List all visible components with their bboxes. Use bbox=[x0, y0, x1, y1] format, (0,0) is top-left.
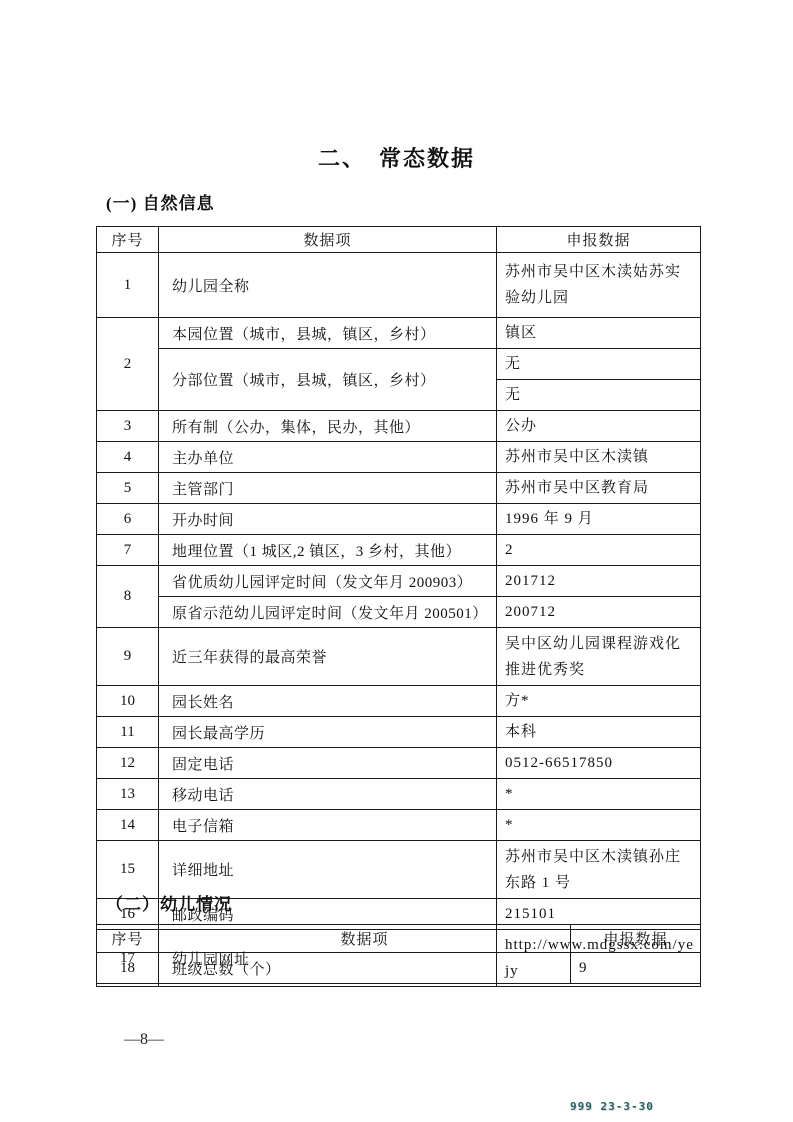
header-reported-data: 申报数据 bbox=[571, 925, 701, 953]
item-cell: 园长姓名 bbox=[159, 686, 497, 717]
seq-cell: 6 bbox=[97, 504, 159, 535]
seq-cell: 3 bbox=[97, 411, 159, 442]
table-header-row: 序号 数据项 申报数据 bbox=[97, 227, 701, 253]
value-cell: * bbox=[497, 779, 701, 810]
table-row: 12 固定电话 0512-66517850 bbox=[97, 748, 701, 779]
item-cell: 本园位置（城市，县城，镇区，乡村） bbox=[159, 318, 497, 349]
seq-cell: 4 bbox=[97, 442, 159, 473]
item-cell: 移动电话 bbox=[159, 779, 497, 810]
table-row: 4 主办单位 苏州市吴中区木渎镇 bbox=[97, 442, 701, 473]
table-row: 分部位置（城市，县城，镇区，乡村） 无 bbox=[97, 349, 701, 380]
item-cell: 开办时间 bbox=[159, 504, 497, 535]
table-row: 13 移动电话 * bbox=[97, 779, 701, 810]
value-cell: 本科 bbox=[497, 717, 701, 748]
value-cell: 苏州市吴中区木渎镇孙庄东路 1 号 bbox=[497, 841, 701, 899]
value-cell: 苏州市吴中区教育局 bbox=[497, 473, 701, 504]
item-cell: 园长最高学历 bbox=[159, 717, 497, 748]
value-cell: 0512-66517850 bbox=[497, 748, 701, 779]
section-heading-children-info: （二）幼儿情况 bbox=[106, 890, 232, 915]
header-seq: 序号 bbox=[97, 227, 159, 253]
document-page: 二、 常态数据 (一) 自然信息 序号 数据项 申报数据 1 幼儿园全称 苏州市… bbox=[0, 0, 793, 1122]
seq-cell: 12 bbox=[97, 748, 159, 779]
item-cell: 原省示范幼儿园评定时间（发文年月 200501） bbox=[159, 597, 497, 628]
item-cell: 班级总数（个） bbox=[159, 953, 571, 984]
value-cell: 无 bbox=[497, 380, 701, 411]
item-cell: 近三年获得的最高荣誉 bbox=[159, 628, 497, 686]
seq-cell: 5 bbox=[97, 473, 159, 504]
value-cell: 2 bbox=[497, 535, 701, 566]
table-row: 6 开办时间 1996 年 9 月 bbox=[97, 504, 701, 535]
item-cell: 主管部门 bbox=[159, 473, 497, 504]
seq-cell: 9 bbox=[97, 628, 159, 686]
seq-cell: 13 bbox=[97, 779, 159, 810]
header-seq: 序号 bbox=[97, 925, 159, 953]
seq-cell: 14 bbox=[97, 810, 159, 841]
page-title: 二、 常态数据 bbox=[0, 142, 793, 173]
value-cell: * bbox=[497, 810, 701, 841]
item-cell: 省优质幼儿园评定时间（发文年月 200903） bbox=[159, 566, 497, 597]
children-info-table: 序号 数据项 申报数据 18 班级总数（个） 9 bbox=[96, 924, 701, 984]
value-cell: 方* bbox=[497, 686, 701, 717]
value-cell: 公办 bbox=[497, 411, 701, 442]
table-row: 2 本园位置（城市，县城，镇区，乡村） 镇区 bbox=[97, 318, 701, 349]
value-cell: 无 bbox=[497, 349, 701, 380]
table-row: 18 班级总数（个） 9 bbox=[97, 953, 701, 984]
table-row: 5 主管部门 苏州市吴中区教育局 bbox=[97, 473, 701, 504]
natural-info-table: 序号 数据项 申报数据 1 幼儿园全称 苏州市吴中区木渎姑苏实验幼儿园 2 本园… bbox=[96, 226, 701, 987]
item-cell: 所有制（公办，集体，民办，其他） bbox=[159, 411, 497, 442]
table-row: 8 省优质幼儿园评定时间（发文年月 200903） 201712 bbox=[97, 566, 701, 597]
header-data-item: 数据项 bbox=[159, 227, 497, 253]
header-data-item: 数据项 bbox=[159, 925, 571, 953]
value-cell: 镇区 bbox=[497, 318, 701, 349]
table-row: 10 园长姓名 方* bbox=[97, 686, 701, 717]
table-row: 7 地理位置（1 城区,2 镇区，3 乡村，其他） 2 bbox=[97, 535, 701, 566]
table-row: 9 近三年获得的最高荣誉 吴中区幼儿园课程游戏化推进优秀奖 bbox=[97, 628, 701, 686]
seq-cell: 10 bbox=[97, 686, 159, 717]
value-cell: 201712 bbox=[497, 566, 701, 597]
item-cell: 幼儿园全称 bbox=[159, 253, 497, 318]
value-cell: 吴中区幼儿园课程游戏化推进优秀奖 bbox=[497, 628, 701, 686]
header-reported-data: 申报数据 bbox=[497, 227, 701, 253]
seq-cell: 7 bbox=[97, 535, 159, 566]
page-number: —8— bbox=[124, 1031, 164, 1049]
table-row: 11 园长最高学历 本科 bbox=[97, 717, 701, 748]
section-heading-natural-info: (一) 自然信息 bbox=[106, 189, 215, 214]
value-cell: 1996 年 9 月 bbox=[497, 504, 701, 535]
table-row: 14 电子信箱 * bbox=[97, 810, 701, 841]
value-cell: 苏州市吴中区木渎姑苏实验幼儿园 bbox=[497, 253, 701, 318]
table-header-row: 序号 数据项 申报数据 bbox=[97, 925, 701, 953]
item-cell: 分部位置（城市，县城，镇区，乡村） bbox=[159, 349, 497, 411]
value-cell: 苏州市吴中区木渎镇 bbox=[497, 442, 701, 473]
seq-cell: 1 bbox=[97, 253, 159, 318]
seq-cell: 2 bbox=[97, 318, 159, 411]
item-cell: 固定电话 bbox=[159, 748, 497, 779]
seq-cell: 11 bbox=[97, 717, 159, 748]
date-stamp: 999 23-3-30 bbox=[570, 1100, 654, 1113]
item-cell: 地理位置（1 城区,2 镇区，3 乡村，其他） bbox=[159, 535, 497, 566]
item-cell: 电子信箱 bbox=[159, 810, 497, 841]
table-row: 1 幼儿园全称 苏州市吴中区木渎姑苏实验幼儿园 bbox=[97, 253, 701, 318]
table-row: 3 所有制（公办，集体，民办，其他） 公办 bbox=[97, 411, 701, 442]
value-cell: 9 bbox=[571, 953, 701, 984]
seq-cell: 8 bbox=[97, 566, 159, 628]
table-row: 原省示范幼儿园评定时间（发文年月 200501） 200712 bbox=[97, 597, 701, 628]
item-cell: 主办单位 bbox=[159, 442, 497, 473]
seq-cell: 18 bbox=[97, 953, 159, 984]
value-cell: 200712 bbox=[497, 597, 701, 628]
